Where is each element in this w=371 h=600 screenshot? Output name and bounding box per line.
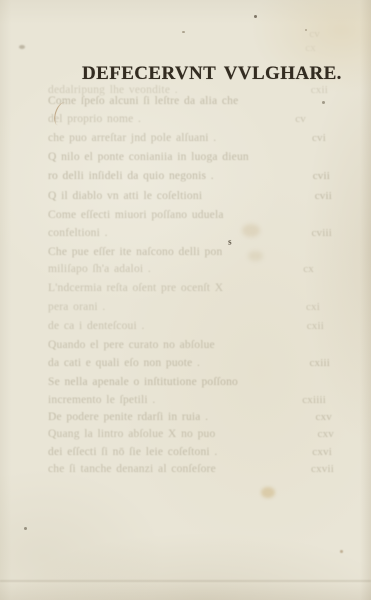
ghost-line-text: pera orani . [48, 301, 105, 313]
ghost-text-line: che puo arreſtar jnd pole alſuani .cvi [48, 132, 334, 144]
ghost-line-text: Q il diablo vn atti le coſeltioni [48, 190, 202, 202]
ghost-line-text: Come ſpeſo alcuni ſi leſtre da alia che [48, 95, 238, 107]
page-heading: DEFECERVNT VVLGHARE. [82, 63, 342, 85]
speck-mark [182, 31, 185, 33]
ghost-text-line: incremento le ſpetili .cxiiii [48, 394, 334, 406]
ghost-line-text: confeltioni . [48, 227, 108, 239]
ghost-folio-numeral: cvii [315, 190, 334, 202]
ghost-folio-numeral: cxi [306, 301, 334, 313]
ghost-folio-numeral: cxii [307, 320, 334, 332]
ghost-text-line: Q il diablo vn atti le coſeltionicvii [48, 190, 334, 202]
ghost-text-line: de ca i denteſcoui .cxii [48, 320, 334, 332]
crease-line [0, 580, 371, 582]
ghost-folio-numeral: cxvii [311, 463, 334, 475]
ghost-line-text: Se nella apenale o inſtitutione poſſono [48, 376, 238, 388]
edge-smudge-mark [19, 45, 25, 49]
foxing-spot-mark [261, 487, 275, 498]
ghost-text-line: ro delli inſideli da quio negonis .cvii [48, 170, 334, 182]
ghost-text-line: Se nella apenale o inſtitutione poſſono [48, 376, 334, 388]
ghost-text-line: miliſapo ſh'a adaloi .cx [48, 263, 334, 275]
tan-smudge-mark [248, 251, 263, 261]
ghost-text-line: Come eſſecti miuori poſſano uduela [48, 209, 334, 221]
ghost-folio-numeral: cv [295, 113, 334, 125]
tan-smudge-mark [242, 224, 260, 237]
ghost-folio-numeral: cxv [318, 428, 334, 440]
ghost-text-line: cv [48, 28, 334, 40]
ghost-folio-numeral: cv [309, 28, 334, 40]
ghost-line-text: Quang la lintro abſolue X no puo [48, 428, 215, 440]
ghost-text-line: Quang la lintro abſolue X no puocxv [48, 428, 334, 440]
ghost-text-line: L'ndcermia reſta oſent pre ocenſt X [48, 282, 334, 294]
ghost-text-line: che ſi tanche denanzi al conſeſorecxvii [48, 463, 334, 475]
ghost-text-line: dei eſſecti ſi nō ſie leie coſeſtoni .cx… [48, 446, 334, 458]
ghost-text-line: Come ſpeſo alcuni ſi leſtre da alia che [48, 95, 334, 107]
ghost-line-text: che ſi tanche denanzi al conſeſore [48, 463, 216, 475]
ghost-line-text: miliſapo ſh'a adaloi . [48, 263, 151, 275]
ghost-text-line: Q nilo el ponte conianiia in luoga dieun [48, 151, 334, 163]
ghost-line-text: ro delli inſideli da quio negonis . [48, 170, 214, 182]
ghost-folio-numeral: cxv [316, 411, 334, 423]
ghost-text-line: da cati e quali eſo non puote .cxiii [48, 357, 334, 369]
ghost-line-text: che puo arreſtar jnd pole alſuani . [48, 132, 216, 144]
speck-mark [340, 550, 343, 553]
ghost-folio-numeral: cviii [311, 227, 334, 239]
ghost-line-text: da cati e quali eſo non puote . [48, 357, 200, 369]
ghost-folio-numeral: cvi [312, 132, 334, 144]
ink-squiggle: s [227, 235, 239, 248]
ghost-folio-numeral: cxiiii [302, 394, 334, 406]
ghost-line-text: Come eſſecti miuori poſſano uduela [48, 209, 224, 221]
ghost-line-text: L'ndcermia reſta oſent pre ocenſt X [48, 282, 223, 294]
ghost-folio-numeral: cx [303, 263, 334, 275]
ghost-line-text: dei eſſecti ſi nō ſie leie coſeſtoni . [48, 446, 217, 458]
ghost-text-line: cx [48, 42, 334, 54]
ghost-text-line: del proprio nome .cv [48, 113, 334, 125]
ghost-line-text: Q nilo el ponte conianiia in luoga dieun [48, 151, 249, 163]
ghost-line-text: Che pue eſſer ite naſcono delli pon [48, 246, 222, 258]
speck-mark [254, 15, 257, 18]
ghost-text-block: cvcxdedalripung lhe veondite .cxiiCome ſ… [48, 0, 334, 600]
ghost-line-text: De podere penite rdarſi in ruia . [48, 411, 208, 423]
ghost-line-text: incremento le ſpetili . [48, 394, 155, 406]
ghost-text-line: confeltioni .cviii [48, 227, 334, 239]
scanned-book-page: cvcxdedalripung lhe veondite .cxiiCome ſ… [0, 0, 371, 600]
speck-mark [322, 101, 325, 104]
ghost-line-text: de ca i denteſcoui . [48, 320, 145, 332]
ghost-folio-numeral: cxvi [312, 446, 334, 458]
speck-mark [305, 29, 307, 31]
ghost-text-line: De podere penite rdarſi in ruia .cxv [48, 411, 334, 423]
ghost-line-text: Quando el pere curato no abſolue [48, 339, 215, 351]
ghost-text-line: Che pue eſſer ite naſcono delli pon [48, 246, 334, 258]
speck-mark [24, 527, 27, 530]
ghost-text-line: Quando el pere curato no abſolue [48, 339, 334, 351]
ghost-folio-numeral: cvii [313, 170, 334, 182]
ghost-folio-numeral: cxiii [309, 357, 334, 369]
ghost-folio-numeral: cx [305, 42, 334, 54]
ghost-text-line: pera orani .cxi [48, 301, 334, 313]
